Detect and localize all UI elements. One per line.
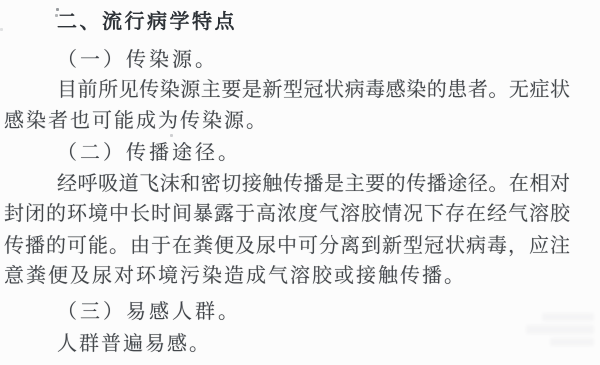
paragraph-line: 封闭的环境中长时间暴露于高浓度气溶胶情况下存在经气溶胶 bbox=[4, 202, 570, 224]
faint-watermark bbox=[514, 309, 594, 351]
paragraph-line: 目前所见传染源主要是新型冠状病毒感染的患者。无症状 bbox=[4, 78, 570, 100]
section-title: 二、流行病学特点 bbox=[57, 10, 237, 32]
subsection-heading-1: （一）传染源。 bbox=[57, 48, 600, 70]
paragraph-line: 经呼吸道飞沫和密切接触传播是主要的传播途径。在相对 bbox=[4, 172, 570, 194]
watermark-blur-shape bbox=[526, 325, 594, 334]
paragraph-line: 人群普遍易感。 bbox=[4, 332, 570, 354]
scan-noise-specks bbox=[0, 0, 3, 3]
subsection-heading-2: （二）传播途径。 bbox=[57, 141, 600, 163]
watermark-blur-shape bbox=[550, 338, 594, 346]
paragraph-line: 传播的可能。由于在粪便及尿中可分离到新型冠状病毒，应注 bbox=[4, 234, 570, 256]
paragraph-line: 意粪便及尿对环境污染造成气溶胶或接触传播。 bbox=[4, 264, 570, 286]
watermark-blur-shape bbox=[542, 313, 594, 321]
paragraph-line: 感染者也可能成为传染源。 bbox=[4, 109, 570, 131]
scanned-document-page: 二、流行病学特点 （一）传染源。 目前所见传染源主要是新型冠状病毒感染的患者。无… bbox=[0, 0, 600, 365]
